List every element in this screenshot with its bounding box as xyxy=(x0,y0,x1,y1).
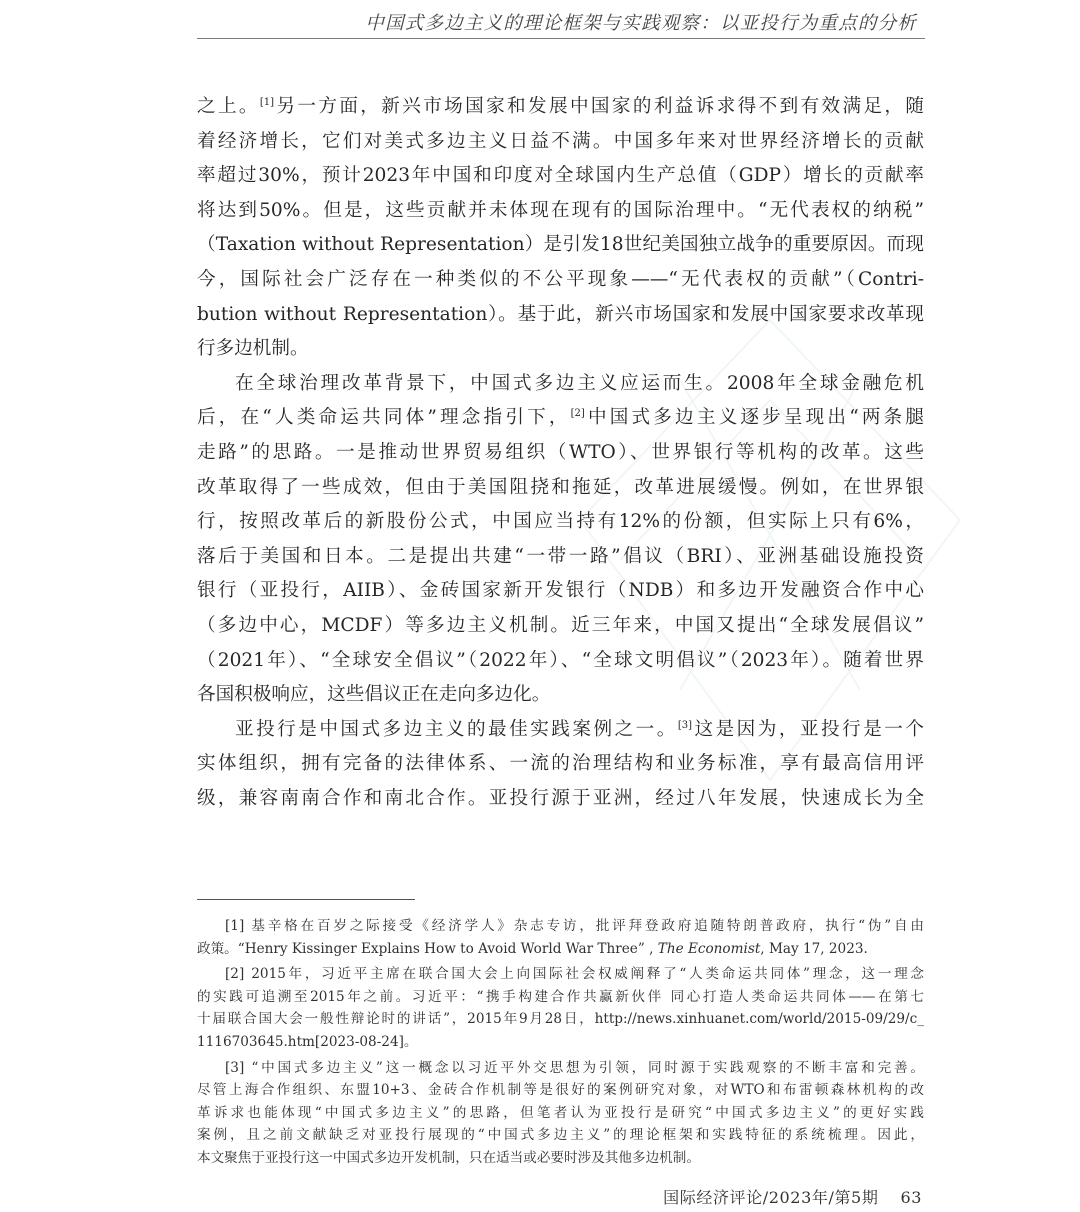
footnote-3: [3] “中国式多边主义”这一概念以习近平外交思想为引领，同时源于实践观察的不断… xyxy=(197,1057,924,1170)
footnote-divider xyxy=(197,899,415,900)
text-line: 之上。[1]另一方面，新兴市场国家和发展中国家的利益诉求得不到有效满足，随 xyxy=(197,90,924,125)
page-footer: 国际经济评论/2023年/第5期63 xyxy=(663,1185,922,1208)
footnote-line: [1] 基辛格在百岁之际接受《经济学人》杂志专访，批评拜登政府追随特朗普政府，执… xyxy=(197,915,924,938)
text-span: 之上。 xyxy=(197,96,260,117)
text-span: , May 17, 2023. xyxy=(760,941,868,957)
footnote-ref-1[interactable]: [1] xyxy=(260,97,274,108)
text-line: 行，按照改革后的新股份公式，中国应当持有12%的份额，但实际上只有6%， xyxy=(197,505,924,540)
text-line: （Taxation without Representation）是引发18世纪… xyxy=(197,228,924,263)
footnote-line: 的实践可追溯至2015年之前。习近平：“携手构建合作共赢新伙伴 同心打造人类命运… xyxy=(197,986,924,1009)
paragraph: 亚投行是中国式多边主义的最佳实践案例之一。[3]这是因为，亚投行是一个 实体组织… xyxy=(197,713,924,817)
text-line: 行多边机制。 xyxy=(197,332,924,367)
text-line: 着经济增长，它们对美式多边主义日益不满。中国多年来对世界经济增长的贡献 xyxy=(197,125,924,160)
footnote-line: 尽管上海合作组织、东盟10+3、金砖合作机制等是很好的案例研究对象，对WTO和布… xyxy=(197,1079,924,1102)
text-line: 率超过30%，预计2023年中国和印度对全球国内生产总值（GDP）增长的贡献率 xyxy=(197,159,924,194)
footnote-ref-2[interactable]: [2] xyxy=(571,408,585,419)
text-span: 后，在“人类命运共同体”理念指引下， xyxy=(197,407,571,428)
text-line: 将达到50%。但是，这些贡献并未体现在现有的国际治理中。“无代表权的纳税” xyxy=(197,194,924,229)
footnote-line: 革诉求也能体现“中国式多边主义”的思路，但笔者认为亚投行是研究“中国式多边主义”… xyxy=(197,1102,924,1125)
text-span: 这是因为，亚投行是一个 xyxy=(692,719,924,740)
text-line: （多边中心，MCDF）等多边主义机制。近三年来，中国又提出“全球发展倡议” xyxy=(197,609,924,644)
text-line: 银行（亚投行，AIIB）、金砖国家新开发银行（NDB）和多边开发融资合作中心 xyxy=(197,574,924,609)
text-span: 中国式多边主义逐步呈现出“两条腿 xyxy=(585,407,924,428)
journal-title: The Economist xyxy=(658,941,761,957)
footnote-line: 政策。“Henry Kissinger Explains How to Avoi… xyxy=(197,938,924,961)
text-span: 另一方面，新兴市场国家和发展中国家的利益诉求得不到有效满足，随 xyxy=(274,96,924,117)
text-span: 亚投行是中国式多边主义的最佳实践案例之一。 xyxy=(235,719,678,740)
text-line: 走路”的思路。一是推动世界贸易组织（WTO）、世界银行等机构的改革。这些 xyxy=(197,436,924,471)
running-title: 中国式多边主义的理论框架与实践观察：以亚投行为重点的分析 xyxy=(365,9,917,35)
footnote-line: 案例，且之前文献缺乏对亚投行展现的“中国式多边主义”的理论框架和实践特征的系统梳… xyxy=(197,1124,924,1147)
text-line: 后，在“人类命运共同体”理念指引下，[2]中国式多边主义逐步呈现出“两条腿 xyxy=(197,401,924,436)
text-line: 今，国际社会广泛存在一种类似的不公平现象——“无代表权的贡献”（Contri- xyxy=(197,263,924,298)
footnote-1: [1] 基辛格在百岁之际接受《经济学人》杂志专访，批评拜登政府追随特朗普政府，执… xyxy=(197,915,924,960)
text-span: 政策。“Henry Kissinger Explains How to Avoi… xyxy=(197,941,658,957)
footnote-line: [3] “中国式多边主义”这一概念以习近平外交思想为引领，同时源于实践观察的不断… xyxy=(197,1057,924,1080)
footnote-line: 本文聚焦于亚投行这一中国式多边开发机制，只在适当或必要时涉及其他多边机制。 xyxy=(197,1147,924,1170)
footnotes: [1] 基辛格在百岁之际接受《经济学人》杂志专访，批评拜登政府追随特朗普政府，执… xyxy=(197,915,924,1170)
text-line: 实体组织，拥有完备的法律体系、一流的治理结构和业务标准，享有最高信用评 xyxy=(197,747,924,782)
paragraph: 在全球治理改革背景下，中国式多边主义应运而生。2008年全球金融危机 后，在“人… xyxy=(197,367,924,713)
paragraph: 之上。[1]另一方面，新兴市场国家和发展中国家的利益诉求得不到有效满足，随 着经… xyxy=(197,90,924,367)
footnote-line: [2] 2015年，习近平主席在联合国大会上向国际社会权威阐释了“人类命运共同体… xyxy=(197,963,924,986)
text-line: 级，兼容南南合作和南北合作。亚投行源于亚洲，经过八年发展，快速成长为全 xyxy=(197,782,924,817)
text-line: 落后于美国和日本。二是提出共建“一带一路”倡议（BRI）、亚洲基础设施投资 xyxy=(197,540,924,575)
text-line: 改革取得了一些成效，但由于美国阻挠和拖延，改革进展缓慢。例如，在世界银 xyxy=(197,471,924,506)
text-line: （2021年）、“全球安全倡议”（2022年）、“全球文明倡议”（2023年）。… xyxy=(197,644,924,679)
footnote-ref-3[interactable]: [3] xyxy=(678,720,692,731)
page-number: 63 xyxy=(900,1188,922,1207)
text-line: 亚投行是中国式多边主义的最佳实践案例之一。[3]这是因为，亚投行是一个 xyxy=(197,713,924,748)
text-line: 各国积极响应，这些倡议正在走向多边化。 xyxy=(197,678,924,713)
running-header: 中国式多边主义的理论框架与实践观察：以亚投行为重点的分析 xyxy=(197,6,925,39)
text-line: bution without Representation）。基于此，新兴市场国… xyxy=(197,298,924,333)
footnote-line: 1116703645.htm[2023-08-24]。 xyxy=(197,1031,924,1054)
footnote-url-line[interactable]: 十届联合国大会一般性辩论时的讲话”，2015年9月28日，http://news… xyxy=(197,1008,924,1031)
text-line: 在全球治理改革背景下，中国式多边主义应运而生。2008年全球金融危机 xyxy=(197,367,924,402)
journal-issue: 国际经济评论/2023年/第5期 xyxy=(663,1188,878,1207)
body-text: 之上。[1]另一方面，新兴市场国家和发展中国家的利益诉求得不到有效满足，随 着经… xyxy=(197,90,924,816)
footnote-2: [2] 2015年，习近平主席在联合国大会上向国际社会权威阐释了“人类命运共同体… xyxy=(197,963,924,1053)
